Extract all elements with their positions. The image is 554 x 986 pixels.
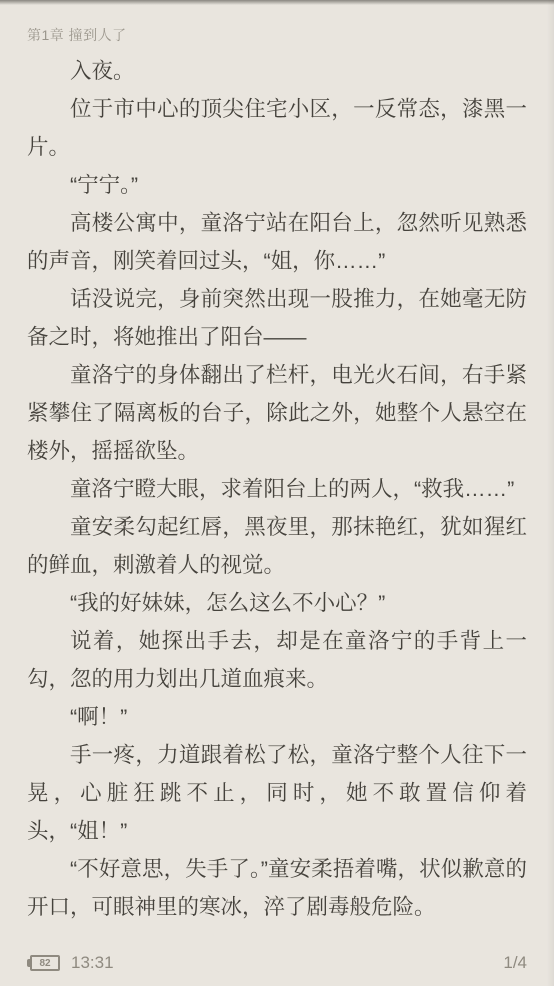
- status-left: 82 13:31: [27, 953, 114, 973]
- page-indicator: 1/4: [503, 953, 527, 973]
- chapter-title: 第1章 撞到人了: [27, 26, 127, 44]
- paragraph: 位于市中心的顶尖住宅小区，一反常态，漆黑一片。: [27, 90, 527, 166]
- paragraph: “不好意思，失手了。”童安柔捂着嘴，状似歉意的开口，可眼神里的寒冰，淬了剧毒般危…: [27, 850, 527, 926]
- paragraph: 话没说完，身前突然出现一股推力，在她毫无防备之时，将她推出了阳台——: [27, 280, 527, 356]
- paragraph: “宁宁。”: [27, 166, 527, 204]
- battery-percent: 82: [30, 955, 60, 971]
- battery-icon: 82: [27, 955, 60, 971]
- paragraph: 童安柔勾起红唇，黑夜里，那抹艳红，犹如猩红的鲜血，刺激着人的视觉。: [27, 508, 527, 584]
- reader-page[interactable]: 入夜。 位于市中心的顶尖住宅小区，一反常态，漆黑一片。 “宁宁。” 高楼公寓中，…: [27, 52, 527, 926]
- paragraph: 童洛宁瞪大眼，求着阳台上的两人，“救我……”: [27, 470, 527, 508]
- paragraph: 入夜。: [27, 52, 527, 90]
- paragraph: 说着，她探出手去，却是在童洛宁的手背上一勾，忽的用力划出几道血痕来。: [27, 622, 527, 698]
- paragraph: 高楼公寓中，童洛宁站在阳台上，忽然听见熟悉的声音，刚笑着回过头，“姐，你……”: [27, 204, 527, 280]
- page-edge-shadow: [547, 0, 554, 986]
- clock-time: 13:31: [71, 953, 114, 973]
- paragraph: 手一疼，力道跟着松了松，童洛宁整个人往下一晃，心脏狂跳不止，同时，她不敢置信仰着…: [27, 736, 527, 850]
- status-bar-shadow: [0, 0, 554, 5]
- paragraph: “我的好妹妹，怎么这么不小心？”: [27, 584, 527, 622]
- paragraph: 童洛宁的身体翻出了栏杆，电光火石间，右手紧紧攀住了隔离板的台子，除此之外，她整个…: [27, 356, 527, 470]
- paragraph: “啊！”: [27, 698, 527, 736]
- reader-status-bar: 82 13:31 1/4: [27, 953, 527, 973]
